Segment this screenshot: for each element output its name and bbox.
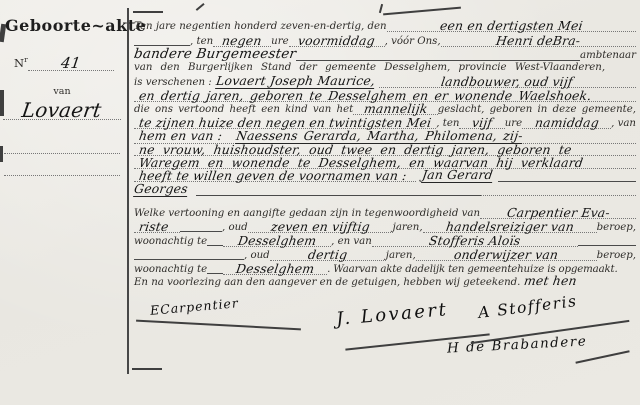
entry-witness2-residence: Desselghem	[235, 263, 315, 275]
act-line-1: Ten jare negentien honderd zeven-en-dert…	[134, 19, 636, 32]
blank-strike-line	[498, 177, 636, 182]
age-blank: dertig	[270, 248, 386, 261]
pen-flourish	[383, 7, 461, 15]
act-number-value: 41	[60, 56, 82, 71]
form-text: ambtenaar	[580, 50, 636, 61]
entry-birth-daypart: namiddag	[534, 117, 600, 129]
blank-strike-line	[578, 241, 636, 246]
witness1-blank: Carpentier Eva-	[480, 206, 636, 219]
form-text: die ons vertoond heeft een kind van het	[134, 104, 353, 115]
declarant-signature: J. Lovaert	[335, 301, 449, 329]
witness2-blank: Stofferis Aloïs	[372, 234, 578, 247]
officer-blank: Henri deBra-	[441, 34, 636, 47]
act-line-14: Welke vertooning en aangifte gedaan zijn…	[134, 206, 636, 219]
form-text: En na voorlezing aan den aangever en de …	[134, 277, 520, 288]
form-text: Welke vertooning en aangifte gedaan zijn…	[134, 208, 480, 219]
ruled-blank: riste	[134, 220, 180, 233]
scan-edge-smudge	[0, 146, 3, 162]
act-line-7: die ons vertoond heeft een kind van het …	[134, 102, 636, 115]
act-line-15: riste , oud zeven en vijftig jaren, hand…	[134, 220, 636, 233]
column-divider-line	[127, 8, 129, 374]
act-line-4: van den Burgerlijken Stand der gemeente …	[134, 62, 636, 73]
entry-officer-name-continued: bandere Burgemeester	[133, 48, 297, 62]
blank-strike-line	[296, 56, 580, 61]
entry-witness1-name: Carpentier Eva-	[506, 207, 611, 219]
entry-witness1-name-continued: riste	[138, 221, 169, 233]
blank-strike-line	[134, 255, 244, 260]
act-line-17: , oud dertig jaren, onderwijzer van bero…	[134, 248, 636, 261]
ink-dash-mark	[132, 368, 162, 370]
family-name-entry: Lovaert	[21, 100, 103, 120]
act-line-3: bandere Burgemeester ambtenaar	[134, 48, 636, 62]
form-text: Ten jare negentien honderd zeven-en-dert…	[134, 21, 387, 32]
van-label: van	[0, 86, 124, 97]
entry-daypart: voormiddag	[297, 35, 375, 47]
ink-dash-mark	[133, 11, 163, 13]
form-text: , oud	[244, 250, 270, 261]
family-name-row: Lovaert	[3, 99, 121, 120]
entry-declarant-details: landbouwer, oud vijf	[441, 76, 574, 88]
age-blank: zeven en vijftig	[248, 220, 393, 233]
sidebar-dotted-line	[4, 152, 120, 154]
document-title: Geboorte~akte	[5, 16, 121, 35]
residence-blank: Desselghem	[223, 262, 327, 275]
signature-flourish	[575, 350, 629, 363]
signature-flourish	[136, 320, 301, 330]
entry-child-sex: mannelijk	[363, 103, 428, 115]
form-text: , en van	[331, 236, 372, 247]
number-blank: 41	[28, 55, 114, 71]
witness1-signature: ECarpentier	[150, 297, 240, 317]
form-text: is verschenen :	[134, 77, 212, 88]
birth-certificate-scan: Geboorte~akte Nr 41 van Lovaert Ten jare…	[0, 0, 640, 405]
ink-tick-mark	[379, 4, 383, 13]
entry-witness2-profession: onderwijzer van	[453, 249, 559, 261]
entry-officer-name: Henri deBra-	[495, 35, 581, 47]
act-line-16: woonachtig te Desselghem , en van Stoffe…	[134, 234, 636, 247]
form-text: , oud	[222, 222, 248, 233]
blank-strike-line	[180, 227, 222, 232]
blank-strike-line	[207, 241, 223, 246]
residence-blank: Desselghem	[223, 234, 331, 247]
entry-witness2-age: dertig	[307, 249, 348, 261]
ink-caret-mark	[196, 3, 205, 11]
form-text: woonachtig te	[134, 264, 207, 275]
blank-strike-line	[207, 269, 223, 274]
sidebar-dotted-line	[4, 174, 120, 176]
blank-strike-line	[196, 191, 481, 196]
act-line-19: En na voorlezing aan den aangever en de …	[134, 275, 636, 288]
officer-signature: H de Brabandere	[447, 335, 588, 356]
declarant-details-blank: landbouwer, oud vijf	[379, 75, 636, 88]
sex-blank: mannelijk	[353, 102, 438, 115]
profession-blank: onderwijzer van	[416, 248, 597, 261]
witness2-signature: A Stofferis	[477, 294, 578, 322]
act-line-12: heeft te willen geven de voornamen van :…	[134, 169, 636, 183]
form-text: geslacht, geboren in deze gemeente,	[438, 104, 636, 115]
entry-witness1-age: zeven en vijftig	[270, 221, 371, 233]
scan-edge-smudge	[0, 90, 4, 116]
number-label: Nr	[14, 55, 28, 70]
form-text: jaren,	[393, 222, 423, 233]
form-text: beroep,	[597, 222, 636, 233]
act-line-13: Georges	[134, 183, 636, 197]
family-name-blank: Lovaert	[3, 99, 121, 120]
act-number-row: Nr 41	[14, 55, 114, 71]
entry-witness1-profession: handelsreiziger van	[445, 221, 575, 233]
entry-child-forenames: Jan Gerard	[421, 169, 494, 183]
entry-birth-date-declared: een en dertigsten Mei	[439, 20, 583, 32]
profession-blank: handelsreiziger van	[423, 220, 597, 233]
entry-closing-note: met hen	[524, 275, 578, 287]
entry-witness1-residence: Desselghem	[237, 235, 317, 247]
form-text: , van	[611, 118, 636, 129]
form-text: van den Burgerlijken Stand der gemeente …	[134, 62, 605, 73]
daypart-blank: namiddag	[522, 116, 611, 129]
form-text: jaren,	[386, 250, 416, 261]
form-text: woonachtig te	[134, 236, 207, 247]
entry-child-forenames-continued: Georges	[133, 183, 189, 197]
daypart-blank: voormiddag	[289, 34, 385, 47]
ruled-blank	[481, 191, 636, 196]
form-text: beroep,	[597, 250, 636, 261]
form-text: , vóór Ons,	[385, 36, 441, 47]
date-blank: een en dertigsten Mei	[387, 19, 636, 32]
entry-parents-intro: hem en van :	[138, 130, 227, 142]
entry-witness2-name: Stofferis Aloïs	[428, 235, 521, 247]
